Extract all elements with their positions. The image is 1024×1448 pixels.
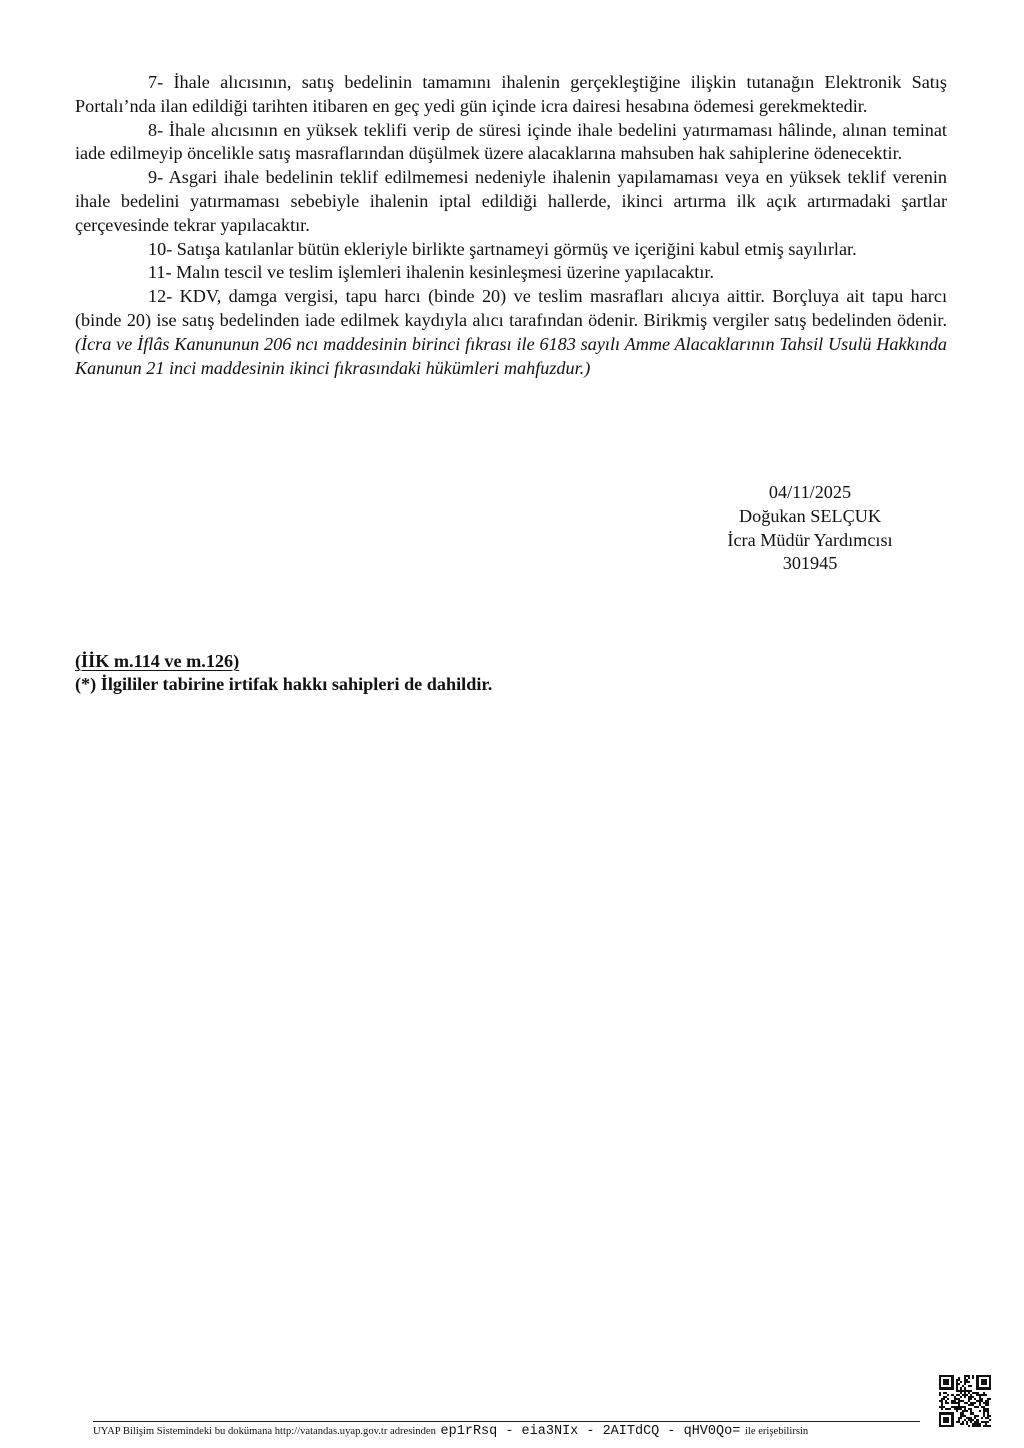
signature-date: 04/11/2025 <box>690 481 930 505</box>
paragraph-text: 10- Satışa katılanlar bütün ekleriyle bi… <box>148 239 857 259</box>
paragraph-7: 7- İhale alıcısının, satış bedelinin tam… <box>75 71 947 119</box>
paragraph-11: 11- Malın tescil ve teslim işlemleri iha… <box>75 261 947 285</box>
signatory-name: Doğukan SELÇUK <box>690 505 930 529</box>
notes-block: (İİK m.114 ve m.126) (*) İlgililer tabir… <box>75 650 492 696</box>
paragraph-10: 10- Satışa katılanlar bütün ekleriyle bi… <box>75 238 947 262</box>
paragraph-9: 9- Asgari ihale bedelinin teklif edilmem… <box>75 166 947 237</box>
legal-reservation-italic: (İcra ve İflâs Kanununun 206 ncı maddesi… <box>75 334 947 378</box>
document-body: 7- İhale alıcısının, satış bedelinin tam… <box>75 71 947 380</box>
qr-code-icon <box>939 1375 991 1427</box>
paragraph-text: 7- İhale alıcısının, satış bedelinin tam… <box>75 72 947 116</box>
paragraph-8: 8- İhale alıcısının en yüksek teklifi ve… <box>75 119 947 167</box>
paragraph-text: 9- Asgari ihale bedelinin teklif edilmem… <box>75 167 947 235</box>
footnote: (*) İlgililer tabirine irtifak hakkı sah… <box>75 673 492 696</box>
signatory-title: İcra Müdür Yardımcısı <box>690 529 930 553</box>
paragraph-12: 12- KDV, damga vergisi, tapu harcı (bind… <box>75 285 947 380</box>
footer-divider <box>93 1421 920 1422</box>
footer-verification: UYAP Bilişim Sistemindeki bu dokümana ht… <box>93 1424 933 1440</box>
law-reference: (İİK m.114 ve m.126) <box>75 651 239 671</box>
footer-suffix: ile erişebilirsin <box>745 1426 808 1437</box>
footer-prefix: UYAP Bilişim Sistemindeki bu dokümana ht… <box>93 1426 436 1437</box>
paragraph-text: 12- KDV, damga vergisi, tapu harcı (bind… <box>75 286 947 330</box>
paragraph-text: 11- Malın tescil ve teslim işlemleri iha… <box>148 262 714 282</box>
signatory-id: 301945 <box>690 552 930 576</box>
paragraph-text: 8- İhale alıcısının en yüksek teklifi ve… <box>75 120 947 164</box>
access-code: ep1rRsq - eia3NIx - 2AITdCQ - qHV0Qo= <box>441 1424 741 1439</box>
signature-block: 04/11/2025 Doğukan SELÇUK İcra Müdür Yar… <box>690 481 930 576</box>
